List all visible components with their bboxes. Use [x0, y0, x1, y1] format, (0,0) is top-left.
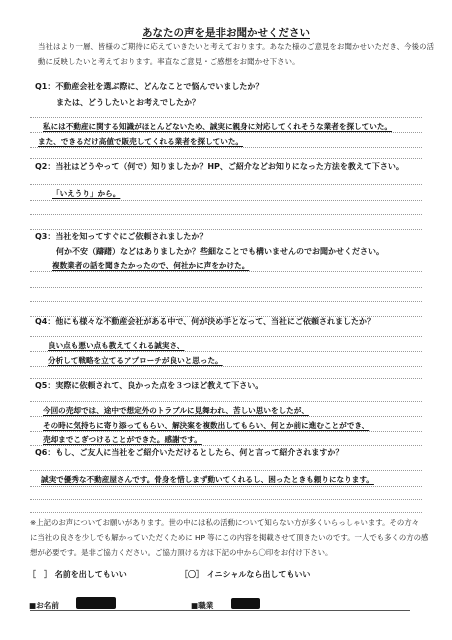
- answer-line: [30, 401, 422, 402]
- question-1-sub: または、どうしたいとお考えでしたか？: [56, 97, 200, 108]
- answer-line: [30, 512, 422, 513]
- answer-6-line-1: 誠実で優秀な不動産屋さんです。骨身を惜しまず動いてくれるし、困ったときも頼りにな…: [41, 474, 374, 485]
- answer-line: [30, 499, 422, 500]
- answer-line: [30, 287, 422, 288]
- answer-line: [30, 431, 422, 432]
- question-3: Q3：当社を知ってすぐにご依頼されましたか？: [35, 231, 207, 242]
- answer-5-line-2: その時に気持ちに寄り添ってもらい、解決案を複数出してもらい、何とか前に進むことが…: [43, 420, 369, 431]
- option-name-ok[interactable]: ［ ］ 名前を出してもいい: [28, 569, 127, 580]
- answer-2-line-1: 「いえうり」から。: [52, 188, 120, 199]
- question-1: Q1：不動産会社を選ぶ際に、どんなことで悩んでいましたか？: [35, 81, 263, 92]
- answer-line: [30, 445, 422, 446]
- answer-line: [30, 147, 422, 148]
- option-initial-ok[interactable]: ［〇］ イニシャルなら出してもいい: [180, 569, 310, 580]
- option-initial-ok-label: イニシャルなら出してもいい: [207, 570, 311, 579]
- name-redaction: [76, 597, 116, 609]
- answer-line: [30, 416, 422, 417]
- question-6: Q6：もし、ご友人に当社をご紹介いただけるとしたら、何と言って紹介されますか？: [35, 447, 343, 458]
- answer-line: [30, 378, 422, 379]
- question-5: Q5：実際に依頼されて、良かった点を３つほど教えて下さい。: [35, 380, 263, 391]
- answer-1-line-1: 私には不動産に関する知識がほとんどないため、誠実に親身に対応してくれそうな業者を…: [43, 121, 392, 132]
- intro-line-1: 当社はより一層、皆様のご期待に応えていきたいと考えております。あなた様のご意見を…: [38, 41, 434, 52]
- signature-line: [30, 610, 410, 611]
- answer-3-line-1: 複数業者の話を聞きたかったので、何社かに声をかけた。: [52, 260, 249, 271]
- option-name-ok-label: 名前を出してもいい: [55, 570, 127, 579]
- answer-line: [30, 271, 422, 272]
- answer-4-line-1: 良い点も悪い点も教えてくれる誠実さ、: [48, 340, 184, 351]
- answer-line: [30, 486, 422, 487]
- answer-line: [30, 366, 422, 367]
- answer-line: [30, 132, 422, 133]
- answer-1-line-2: また、できるだけ高値で販売してくれる業者を探していた。: [38, 136, 243, 147]
- answer-line: [30, 214, 422, 215]
- answer-5-line-1: 今回の売却では、途中で想定外のトラブルに見舞われ、苦しい思いをしたが、: [43, 405, 309, 416]
- answer-line: [30, 301, 422, 302]
- answer-line: [30, 470, 422, 471]
- note-line-1: ※上記のお声についてお願いがあります。世の中には私の活動について知らない方が多く…: [30, 517, 419, 528]
- option-initial-ok-checkbox[interactable]: ［〇］: [180, 570, 204, 579]
- answer-line: [30, 351, 422, 352]
- note-line-2: に当社の良さを少しでも解かっていただくために HP 等にこの内容を掲載させて頂き…: [30, 532, 428, 543]
- question-4: Q4：他にも様々な不動産会社がある中で、何が決め手となって、当社にご依頼されまし…: [35, 316, 375, 327]
- page-title: あなたの声を是非お聞かせください: [0, 25, 452, 40]
- intro-line-2: 動に反映したいと考えております。率直なご意見・ご感想をお聞かせ下さい。: [38, 56, 300, 67]
- answer-5-line-3: 売却までこぎつけることができた。感謝です。: [43, 434, 202, 445]
- answer-line: [30, 200, 422, 201]
- answer-line: [30, 117, 422, 118]
- question-2: Q2：当社はどうやって（何で）知りましたか？HP、ご紹介などお知りになった方法を…: [35, 161, 404, 172]
- question-3-sub: 何か不安（躊躇）などはありましたか？些細なことでも構いませんのでお聞かせください…: [56, 246, 384, 257]
- answer-line: [30, 158, 422, 159]
- occupation-redaction: [231, 598, 260, 609]
- answer-line: [30, 336, 422, 337]
- note-line-3: 想が必要です。是非ご協力ください。ご協力頂ける方は下記の中から〇印をお付け下さい…: [30, 547, 332, 558]
- answer-line: [30, 229, 422, 230]
- answer-line: [30, 184, 422, 185]
- answer-4-line-2: 分析して戦略を立てるアプローチが良いと思った。: [48, 355, 223, 366]
- option-name-ok-checkbox[interactable]: ［ ］: [28, 570, 52, 579]
